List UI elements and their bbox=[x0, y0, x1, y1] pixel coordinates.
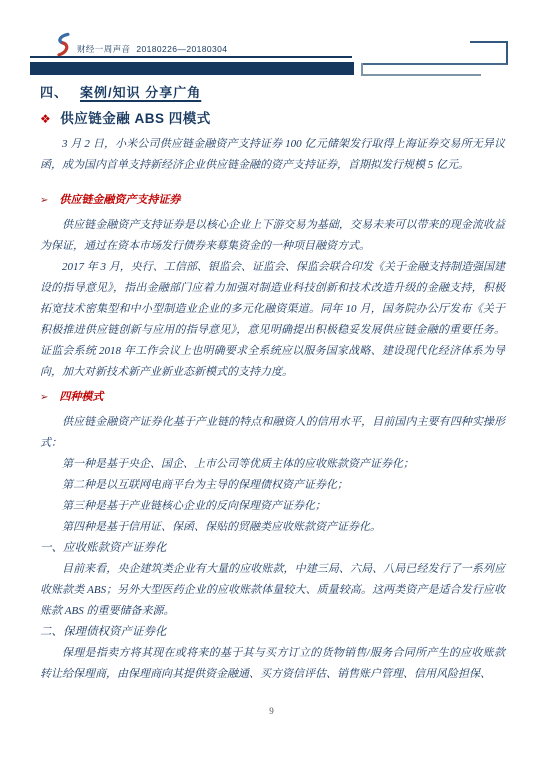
paragraph: 目前来看，央企建筑类企业有大量的应收账款，中建三局、六局、八局已经发行了一系列应… bbox=[40, 559, 505, 622]
paragraph: 保理是指卖方将其现在或将来的基于其与买方订立的货物销售/服务合同所产生的应收账款… bbox=[40, 643, 505, 685]
arrow-bullet-icon: ➢ bbox=[40, 195, 48, 206]
page-footer: 9 bbox=[0, 706, 543, 716]
article-title-text: 供应链金融 ABS 四模式 bbox=[60, 111, 211, 126]
decorative-box-top-right bbox=[470, 41, 508, 65]
list-item: 第二种是以互联网电商平台为主导的保理债权资产证券化； bbox=[40, 475, 505, 496]
list-item: 第四种是基于信用证、保函、保贴的贸融类应收账款资产证券化。 bbox=[40, 517, 505, 538]
header-text: 财经一周声音20180226—20180304 bbox=[77, 43, 227, 55]
header-date-range: 20180226—20180304 bbox=[136, 44, 227, 54]
red-subhead-text: 供应链金融资产支持证券 bbox=[59, 194, 180, 206]
list-item: 第三种是基于产业链核心企业的反向保理资产证券化； bbox=[40, 496, 505, 517]
paragraph: 3 月 2 日，小米公司供应链金融资产支持证券 100 亿元储架发行取得上海证券… bbox=[40, 134, 505, 176]
diamond-bullet-icon: ❖ bbox=[40, 112, 51, 126]
section-number: 四、 bbox=[40, 85, 68, 100]
red-subhead: ➢供应链金融资产支持证券 bbox=[40, 190, 505, 211]
numbered-subheading: 一、应收账款资产证券化 bbox=[40, 538, 505, 559]
header-navy-bar bbox=[30, 62, 354, 75]
arrow-bullet-icon: ➢ bbox=[40, 392, 48, 403]
paragraph: 供应链金融资产支持证券是以核心企业上下游交易为基础，交易未来可以带来的现金流收益… bbox=[40, 215, 505, 257]
section-title: 案例/知识 分享广角 bbox=[80, 85, 201, 100]
paragraph: 供应链金融资产证券化基于产业链的特点和融资人的信用水平，目前国内主要有四种实操形… bbox=[40, 412, 505, 454]
page-number: 9 bbox=[269, 706, 274, 716]
paragraph: 2017 年 3 月，央行、工信部、银监会、证监会、保监会联合印发《关于金融支持… bbox=[40, 257, 505, 383]
article-title: ❖供应链金融 ABS 四模式 bbox=[40, 110, 505, 128]
article-content: 四、案例/知识 分享广角 ❖供应链金融 ABS 四模式 3 月 2 日，小米公司… bbox=[40, 84, 505, 685]
numbered-subheading: 二、保理债权资产证券化 bbox=[40, 622, 505, 643]
section-heading: 四、案例/知识 分享广角 bbox=[40, 84, 505, 102]
decorative-box-bottom bbox=[361, 63, 481, 76]
header-title: 财经一周声音 bbox=[77, 44, 130, 54]
red-subhead: ➢四种模式 bbox=[40, 387, 505, 408]
red-subhead-text: 四种模式 bbox=[59, 391, 103, 403]
header-divider bbox=[30, 56, 352, 58]
brand-logo-icon bbox=[49, 32, 75, 58]
document-page: 财经一周声音20180226—20180304 四、案例/知识 分享广角 ❖供应… bbox=[0, 0, 543, 768]
list-item: 第一种是基于央企、国企、上市公司等优质主体的应收账款资产证券化； bbox=[40, 454, 505, 475]
